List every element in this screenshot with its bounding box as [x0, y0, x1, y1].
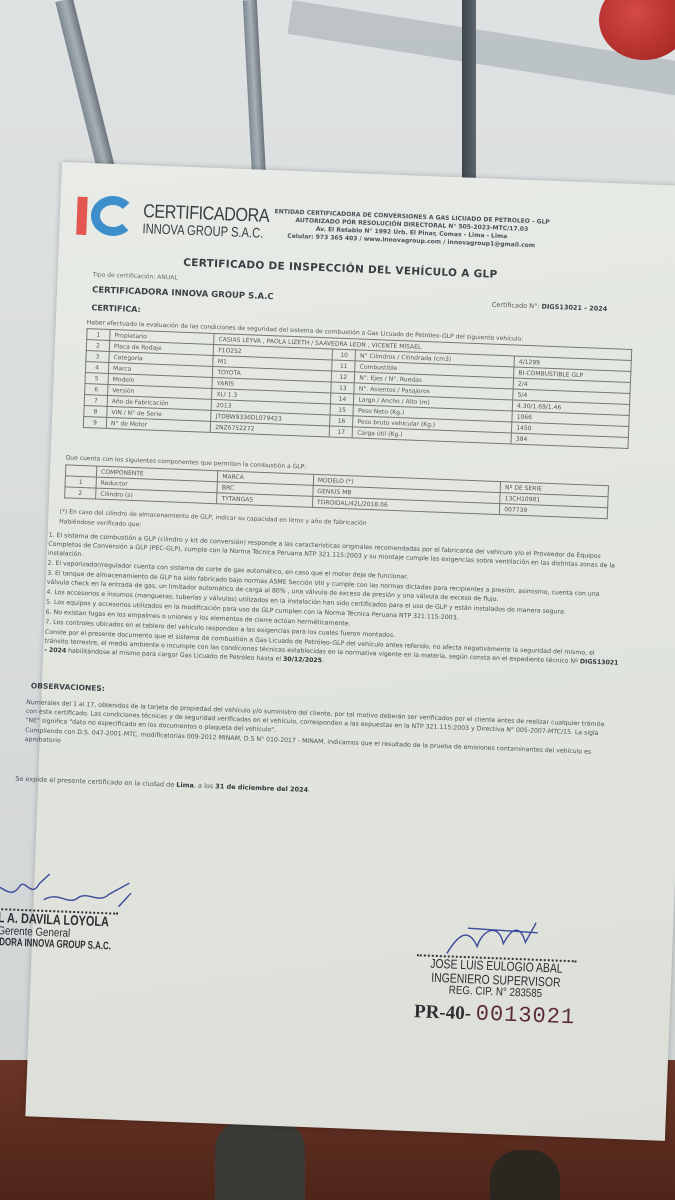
component-marca: TYTANGAS [217, 493, 313, 508]
row-number: 5 [85, 373, 108, 385]
signature-manager: MANUEL A. DAVILA LOYOLA Gerente General … [0, 867, 180, 956]
verified-intro: Habiéndose verificado que: [59, 518, 141, 528]
handwritten-signature-icon [407, 914, 588, 961]
entity-info: ENTIDAD CERTIFICADORA DE CONVERSIONES A … [246, 207, 577, 252]
serial-prefix: PR-40- [414, 1001, 472, 1024]
document-title: CERTIFICADO DE INSPECCIÓN DEL VEHÍCULO A… [183, 257, 498, 281]
issue-statement: Se expide el presente certificado en la … [15, 775, 310, 794]
ig-logo-icon [76, 195, 140, 239]
serial-digits: 0013021 [475, 1002, 575, 1031]
certificate-number-label: Certificado N°: [492, 301, 540, 311]
shoe [490, 1150, 560, 1200]
row-number: 6 [85, 384, 108, 396]
row-number: 9 [83, 417, 106, 429]
observations: Numerales del 1 al 17, obtenidos de la t… [25, 699, 611, 768]
row-number: 8 [84, 406, 107, 418]
handwritten-signature-icon [0, 867, 180, 915]
row-number: 4 [85, 362, 108, 374]
row-number: 3 [86, 351, 109, 363]
row-number: 12 [332, 371, 355, 383]
row-number: 11 [332, 360, 355, 372]
signature-supervisor: JOSE LUIS EULOGIO ABAL INGENIERO SUPERVI… [404, 914, 588, 1031]
row-number: 17 [329, 426, 352, 438]
certificate-number: Certificado N°: DIGS13021 - 2024 [492, 301, 608, 313]
verification-list: 1. El sistema de combustión a GLP (cilin… [44, 532, 623, 679]
shoe [215, 1120, 305, 1200]
certificate-paper: CERTIFICADORA INNOVA GROUP S.A.C. ENTIDA… [25, 162, 675, 1141]
vehicle-table: 1PropietarioCASIAS LEYVA , PAOLA LIZETH … [83, 328, 632, 449]
company-name: CERTIFICADORA INNOVA GROUP S.A.C [92, 285, 274, 302]
observations-heading: OBSERVACIONES: [31, 681, 105, 693]
metal-frame-bar [462, 0, 476, 200]
row-number: 13 [331, 382, 354, 394]
certifica-heading: CERTIFICA: [91, 303, 141, 314]
component-n: 2 [65, 487, 96, 499]
issue-city: Lima [176, 781, 194, 790]
row-number: 10 [332, 349, 355, 361]
row-number: 7 [84, 395, 107, 407]
row-number: 2 [86, 340, 109, 352]
valid-until-date: 30/12/2025 [283, 656, 322, 664]
certificate-number-value: DIGS13021 - 2024 [541, 303, 607, 314]
serial-number: PR-40- 0013021 [404, 999, 585, 1031]
row-number: 1 [87, 329, 110, 341]
row-number: 14 [331, 393, 354, 405]
issue-date: 31 de diciembre del 2024 [215, 782, 308, 794]
row-number: 15 [330, 404, 353, 416]
row-number: 16 [330, 415, 353, 427]
certification-type: Tipo de certificación: ANUAL [93, 271, 178, 281]
